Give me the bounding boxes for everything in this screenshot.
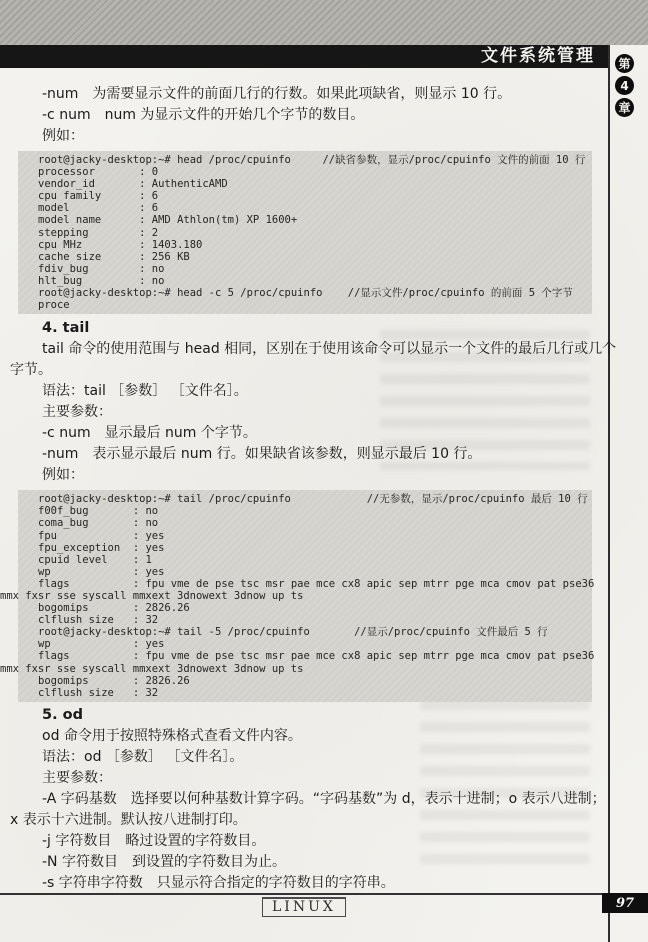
code-line: stepping : 2 [38, 227, 598, 239]
code-line: model : 6 [38, 202, 598, 214]
code-line: hlt_bug : no [38, 275, 598, 287]
code-line: wp : yes [38, 638, 598, 650]
tail-syntax: 语法：tail ［参数］ ［文件名］。 [10, 381, 598, 402]
header-title: 文件系统管理 [481, 45, 595, 68]
code-line: clflush size : 32 [38, 687, 598, 699]
od-param-s: -s 字符串字符数 只显示符合指定的字符数目的字符串。 [10, 873, 598, 894]
code-line: cpu family : 6 [38, 190, 598, 202]
code-line: cpuid level : 1 [38, 554, 598, 566]
footer-linux-logo: LINUX [262, 897, 346, 917]
od-param-a-line2: x 表示十六进制。默认按八进制打印。 [10, 810, 598, 831]
page-top-edge [0, 0, 648, 45]
code-line-wrapped: mmx fxsr sse syscall mmxext 3dnowext 3dn… [38, 663, 598, 675]
od-params-label: 主要参数： [10, 768, 598, 789]
code-block-tail-output: root@jacky-desktop:~# tail /proc/cpuinfo… [10, 490, 598, 702]
code-line: fpu_exception : yes [38, 542, 598, 554]
code-line: cpu MHz : 1403.180 [38, 239, 598, 251]
tail-heading: 4. tail [10, 318, 598, 339]
code-line: fpu : yes [38, 530, 598, 542]
od-param-a-line1: -A 字码基数 选择要以何种基数计算字码。“字码基数”为 d，表示十进制；o 表… [10, 789, 598, 810]
od-param-n: -N 字符数目 到设置的字符数目为止。 [10, 852, 598, 873]
code-line: model name : AMD Athlon(tm) XP 1600+ [38, 214, 598, 226]
chapter-header-bar: 文件系统管理 [0, 45, 609, 68]
code-line: wp : yes [38, 566, 598, 578]
page-number: 97 [616, 896, 634, 911]
code-line: fdiv_bug : no [38, 263, 598, 275]
head-example-label: 例如： [10, 126, 598, 147]
chapter-tab-char-3: 章 [615, 98, 634, 117]
head-param-cnum: -c num num 为显示文件的开始几个字节的数目。 [10, 105, 598, 126]
code-line: f00f_bug : no [38, 505, 598, 517]
code-line: bogomips : 2826.26 [38, 675, 598, 687]
right-margin-rule [608, 45, 610, 942]
od-syntax: 语法：od ［参数］ ［文件名］。 [10, 747, 598, 768]
book-page: 文件系统管理 第 4 章 -num 为需要显示文件的前面几行的行数。如果此项缺省… [0, 0, 648, 942]
code-line: processor : 0 [38, 166, 598, 178]
code-line: clflush size : 32 [38, 614, 598, 626]
code-line: coma_bug : no [38, 517, 598, 529]
tail-param-num: -num 表示显示最后 num 行。如果缺省该参数，则显示最后 10 行。 [10, 444, 598, 465]
code-line: root@jacky-desktop:~# tail -5 /proc/cpui… [38, 626, 598, 638]
tail-desc-line2: 字节。 [10, 360, 598, 381]
chapter-tab-char-2: 4 [615, 76, 634, 95]
code-block-head-output: root@jacky-desktop:~# head /proc/cpuinfo… [10, 151, 598, 314]
code-line: root@jacky-desktop:~# head -c 5 /proc/cp… [38, 287, 598, 299]
page-body: -num 为需要显示文件的前面几行的行数。如果此项缺省，则显示 10 行。 -c… [10, 84, 598, 894]
tail-param-c: -c num 显示最后 num 个字节。 [10, 423, 598, 444]
head-param-num: -num 为需要显示文件的前面几行的行数。如果此项缺省，则显示 10 行。 [10, 84, 598, 105]
tail-params-label: 主要参数： [10, 402, 598, 423]
code-line: vendor_id : AuthenticAMD [38, 178, 598, 190]
od-desc: od 命令用于按照特殊格式查看文件内容。 [10, 726, 598, 747]
code-line: flags : fpu vme de pse tsc msr pae mce c… [38, 650, 598, 662]
od-param-j: -j 字符数目 略过设置的字符数目。 [10, 831, 598, 852]
chapter-tab-char-1: 第 [615, 54, 634, 73]
code-line: flags : fpu vme de pse tsc msr pae mce c… [38, 578, 598, 590]
code-line: cache size : 256 KB [38, 251, 598, 263]
code-line-wrapped: mmx fxsr sse syscall mmxext 3dnowext 3dn… [38, 590, 598, 602]
code-line: root@jacky-desktop:~# tail /proc/cpuinfo… [38, 493, 598, 505]
code-line: proce [38, 299, 598, 311]
code-line: root@jacky-desktop:~# head /proc/cpuinfo… [38, 154, 598, 166]
footer-rule [0, 893, 602, 895]
chapter-tab: 第 4 章 [615, 54, 635, 120]
code-line: bogomips : 2826.26 [38, 602, 598, 614]
tail-example-label: 例如： [10, 465, 598, 486]
page-number-badge: 97 [602, 893, 648, 913]
tail-desc-line1: tail 命令的使用范围与 head 相同，区别在于使用该命令可以显示一个文件的… [10, 339, 598, 360]
od-heading: 5. od [10, 705, 598, 726]
